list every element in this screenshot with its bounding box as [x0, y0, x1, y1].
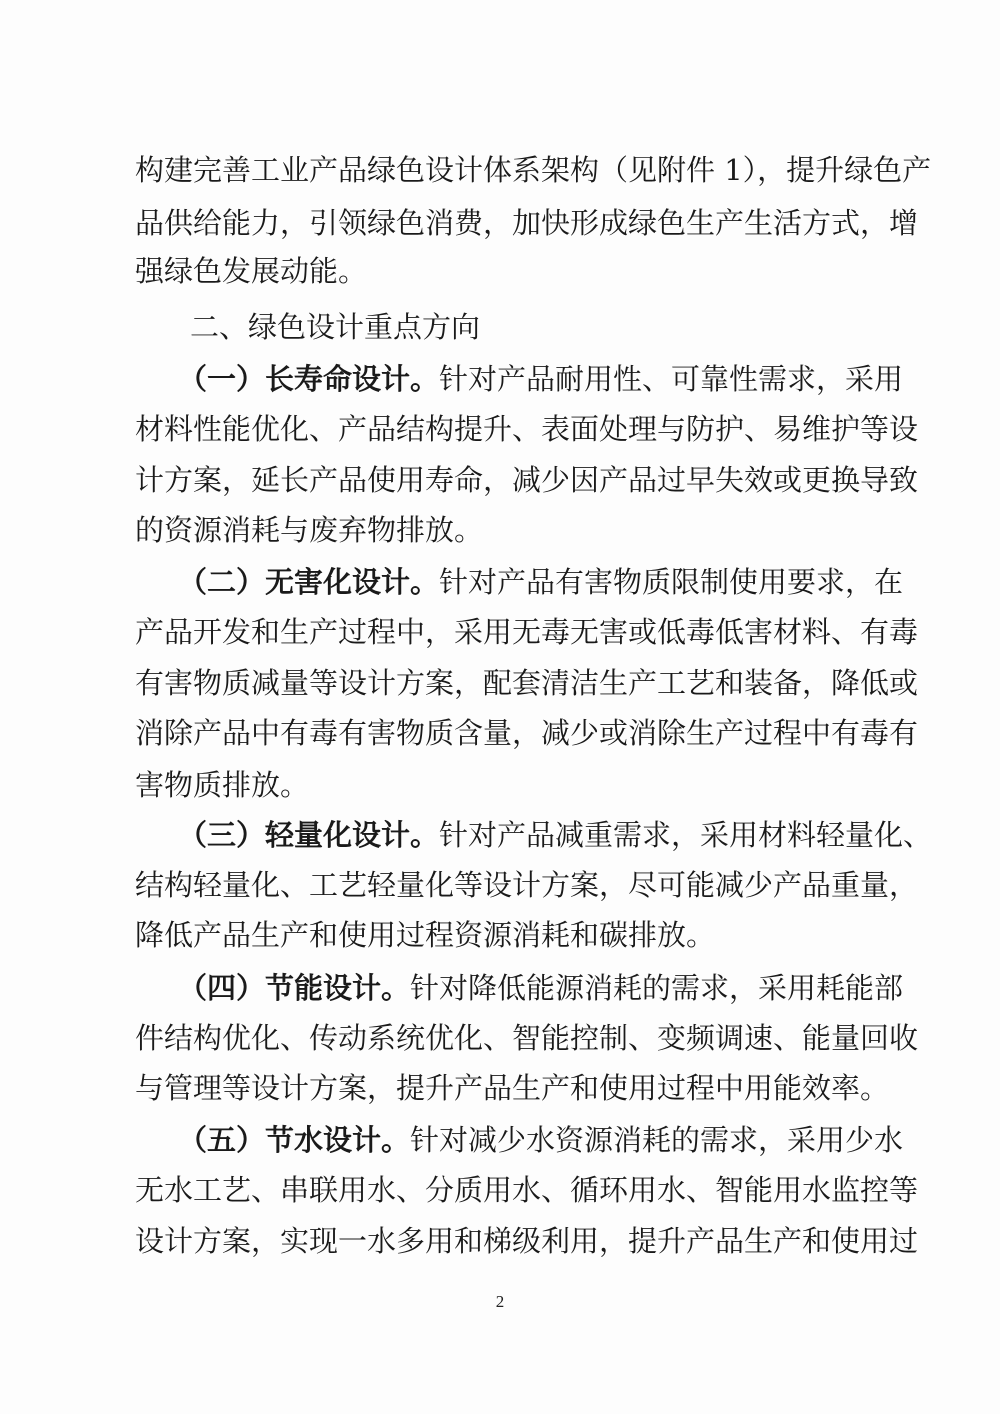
item-2-line-5: 害物质排放。 [135, 765, 865, 805]
item-2-first-line: （二）无害化设计。针对产品有害物质限制使用要求，在 [178, 562, 865, 602]
item-3-text: 针对产品减重需求，采用材料轻量化、 [439, 818, 932, 852]
item-5-line-3: 设计方案，实现一水多用和梯级利用，提升产品生产和使用过 [135, 1221, 865, 1261]
item-4-line-3: 与管理等设计方案，提升产品生产和使用过程中用能效率。 [135, 1068, 865, 1108]
item-5-label: （五） [178, 1123, 265, 1157]
document-page: 构建完善工业产品绿色设计体系架构（见附件 1），提升绿色产 品供给能力，引领绿色… [0, 0, 1000, 1414]
page-number: 2 [0, 1292, 1000, 1312]
item-1-line-3: 计方案，延长产品使用寿命，减少因产品过早失效或更换导致 [135, 460, 865, 500]
item-3-line-2: 结构轻量化、工艺轻量化等设计方案，尽可能减少产品重量， [135, 865, 865, 905]
item-4-first-line: （四）节能设计。针对降低能源消耗的需求，采用耗能部 [178, 968, 865, 1008]
item-3-label: （三） [178, 818, 265, 852]
item-2-text: 针对产品有害物质限制使用要求，在 [439, 565, 903, 599]
intro-line-1: 构建完善工业产品绿色设计体系架构（见附件 1），提升绿色产 [135, 150, 865, 190]
item-2-line-2: 产品开发和生产过程中，采用无毒无害或低毒低害材料、有毒 [135, 612, 865, 652]
item-1-text: 针对产品耐用性、可靠性需求，采用 [439, 362, 903, 396]
item-1-label: （一） [178, 362, 265, 396]
item-2-title: 无害化设计。 [265, 565, 439, 599]
item-3-title: 轻量化设计。 [265, 818, 439, 852]
item-1-line-4: 的资源消耗与废弃物排放。 [135, 510, 865, 550]
intro-line-3: 强绿色发展动能。 [135, 251, 865, 291]
item-5-line-2: 无水工艺、串联用水、分质用水、循环用水、智能用水监控等 [135, 1170, 865, 1210]
item-1-title: 长寿命设计。 [265, 362, 439, 396]
item-1-line-2: 材料性能优化、产品结构提升、表面处理与防护、易维护等设 [135, 409, 865, 449]
intro-line-2: 品供给能力，引领绿色消费，加快形成绿色生产生活方式，增 [135, 203, 865, 243]
section-heading: 二、绿色设计重点方向 [190, 307, 590, 347]
item-5-first-line: （五）节水设计。针对减少水资源消耗的需求，采用少水 [178, 1120, 865, 1160]
item-4-line-2: 件结构优化、传动系统优化、智能控制、变频调速、能量回收 [135, 1018, 865, 1058]
item-4-label: （四） [178, 971, 265, 1005]
item-3-line-3: 降低产品生产和使用过程资源消耗和碳排放。 [135, 915, 865, 955]
item-2-line-3: 有害物质减量等设计方案，配套清洁生产工艺和装备，降低或 [135, 663, 865, 703]
item-3-first-line: （三）轻量化设计。针对产品减重需求，采用材料轻量化、 [178, 815, 865, 855]
item-5-text: 针对减少水资源消耗的需求，采用少水 [410, 1123, 903, 1157]
item-1-first-line: （一）长寿命设计。针对产品耐用性、可靠性需求，采用 [178, 359, 865, 399]
item-2-line-4: 消除产品中有毒有害物质含量，减少或消除生产过程中有毒有 [135, 713, 865, 753]
item-4-text: 针对降低能源消耗的需求，采用耗能部 [410, 971, 903, 1005]
item-5-title: 节水设计。 [265, 1123, 410, 1157]
item-2-label: （二） [178, 565, 265, 599]
item-4-title: 节能设计。 [265, 971, 410, 1005]
